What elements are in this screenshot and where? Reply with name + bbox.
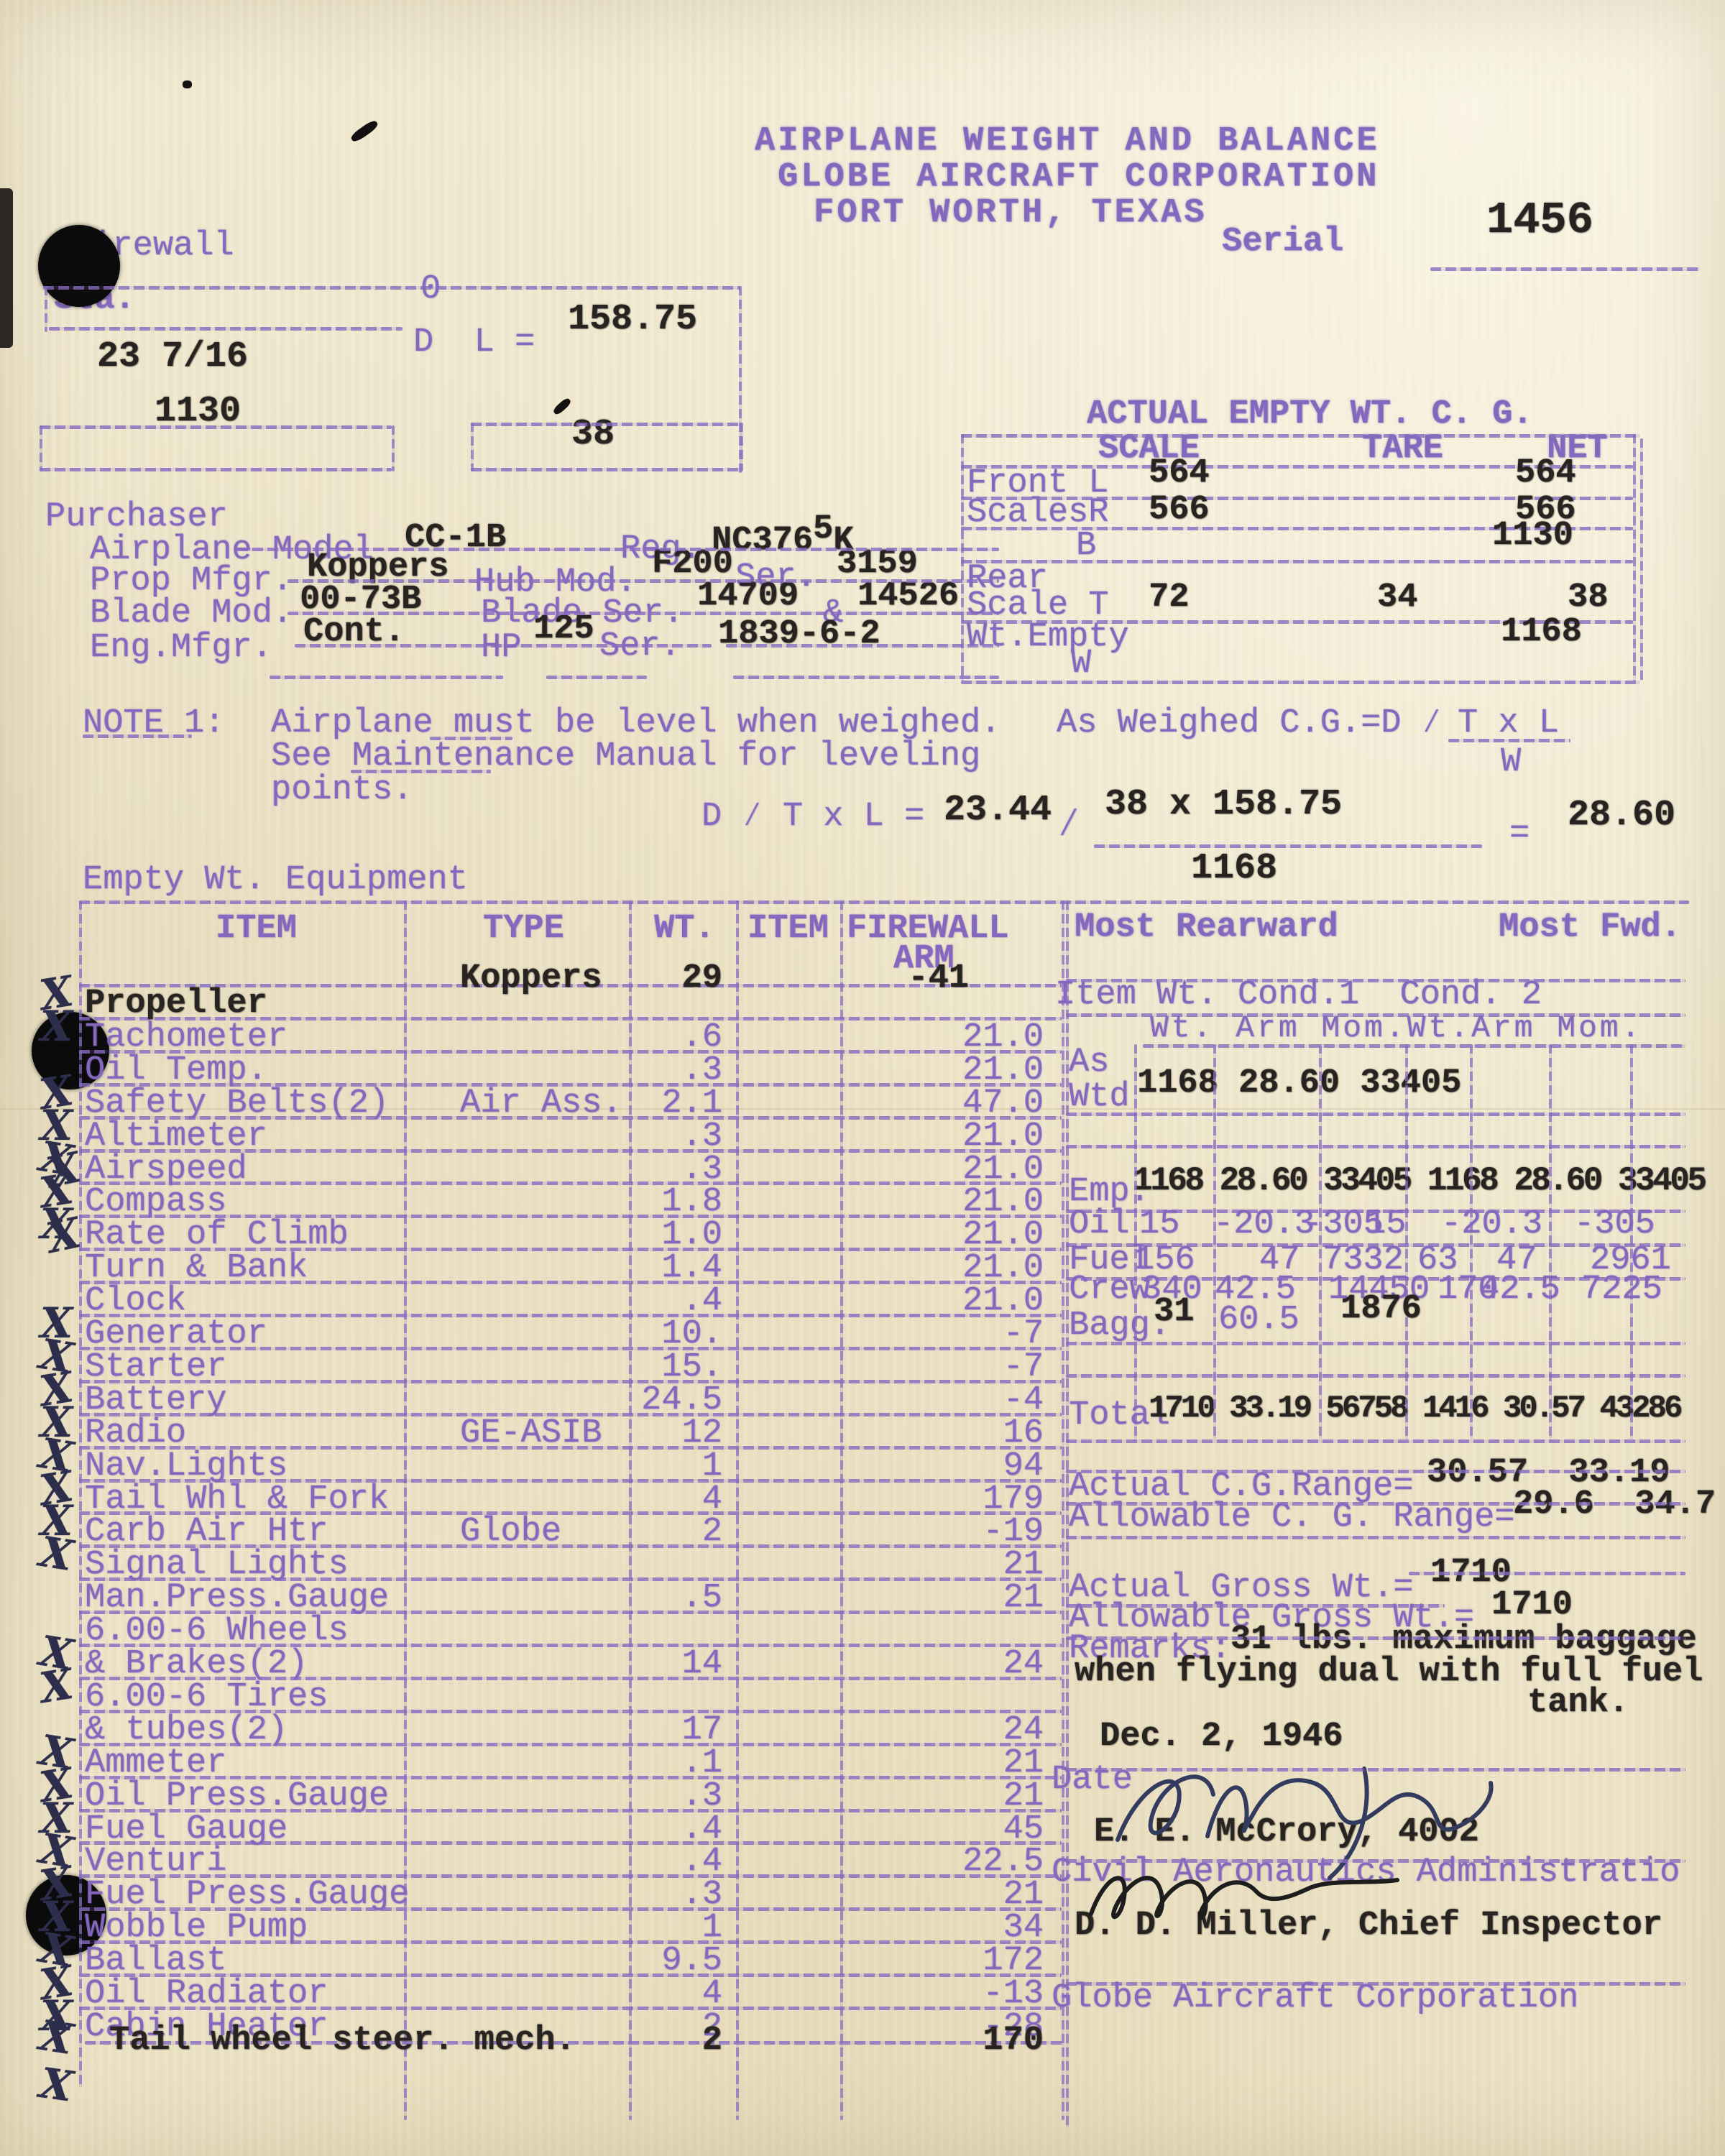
equipment-item-label: Airspeed [85, 1152, 247, 1187]
equipment-arm-value: 94 [921, 1449, 1044, 1484]
equipment-heading: Empty Wt. Equipment [83, 862, 468, 898]
equipment-arm-value: -19 [921, 1514, 1044, 1549]
note-line2: See Maintenance Manual for leveling [271, 739, 980, 774]
equipment-arm-value: 21.0 [921, 1217, 1044, 1253]
equipment-arm-value: 170 [921, 2024, 1044, 2058]
equipment-wt-value: .4 [636, 1284, 722, 1319]
equipment-header: ITEM [216, 911, 297, 946]
equipment-header: TYPE [483, 911, 564, 946]
cg-formula-lhs: D ∕ T x L = [701, 799, 924, 834]
equipment-item-label: Ballast [85, 1943, 226, 1978]
equipment-item-label: & tubes(2) [85, 1713, 287, 1748]
conditions-line [1066, 1502, 1685, 1506]
condition-value: 15 [1366, 1207, 1406, 1242]
purchaser-underline [295, 644, 712, 648]
equipment-item-label: Oil Temp. [85, 1053, 267, 1088]
equipment-arm-value: 24 [921, 1713, 1044, 1748]
equipment-header: ITEM [747, 911, 829, 946]
ink-speck [349, 119, 379, 144]
equipment-arm-value: 45 [921, 1812, 1044, 1847]
cg-formula-numerator: 38 x 158.75 [1105, 787, 1342, 823]
hole-punch-top [38, 225, 120, 307]
equipment-wt-value: 9.5 [636, 1943, 722, 1978]
condition-value: -20.3 [1441, 1207, 1542, 1242]
purchaser-row-label: Prop Mfgr. [90, 563, 293, 599]
equipment-wt-value: 1 [636, 1449, 722, 1484]
empty-wt-line [961, 434, 1640, 438]
dl-label: D L = [413, 325, 535, 360]
equipment-arm-value: 21 [921, 1746, 1044, 1781]
equipment-wt-value: .3 [636, 1053, 722, 1088]
handwritten-x-mark: X [43, 1212, 83, 1259]
conditions-line [1143, 1044, 1685, 1048]
baggage-mom-value: 1876 [1340, 1292, 1422, 1326]
handwritten-x-mark: X [37, 2014, 76, 2060]
equipment-item-label: Turn & Bank [85, 1250, 308, 1286]
empty-wt-net-value: 38 [1568, 581, 1608, 614]
as-weighed-frac-den: W [1501, 745, 1521, 780]
form-title-line1: AIRPLANE WEIGHT AND BALANCE [755, 124, 1380, 159]
conditions-line [1066, 1536, 1685, 1539]
sta-box-left [45, 286, 47, 332]
condition-row-label: Crew [1069, 1272, 1150, 1307]
equipment-type-value: Air Ass. [460, 1086, 622, 1121]
empty-wt-scale-value: 566 [1149, 493, 1210, 527]
equipment-item-label: Nav.Lights [85, 1449, 287, 1484]
handwritten-x-mark: X [37, 2062, 75, 2108]
purchaser-value: 14526 [857, 579, 959, 613]
equipment-table-top-line [79, 900, 1689, 904]
equipment-column-line [840, 900, 843, 2120]
equipment-arm-value: -7 [921, 1350, 1044, 1385]
equipment-item-label: 6.00-6 Wheels [85, 1613, 349, 1649]
condition-value: 15 [1139, 1207, 1179, 1242]
equipment-wt-value: .3 [636, 1779, 722, 1814]
equipment-wt-value: .3 [636, 1119, 722, 1154]
dl-value: 158.75 [568, 302, 697, 338]
equipment-column-line [629, 900, 632, 2120]
equipment-arm-value: 21.0 [921, 1284, 1044, 1319]
equipment-wt-value: 4 [636, 1482, 722, 1517]
equipment-header: WT. [654, 911, 715, 946]
equipment-wt-value: 1 [636, 1910, 722, 1945]
form-title-line2: GLOBE AIRCRAFT CORPORATION [778, 160, 1379, 195]
equipment-wt-value: 24.5 [636, 1383, 722, 1418]
conditions-line [1066, 1439, 1685, 1443]
sta-box-top [43, 286, 740, 290]
empty-wt-row-label: W [1071, 646, 1091, 681]
empty-wt-tare-value: 34 [1377, 581, 1417, 614]
cond-subheader: Item Wt. Cond.1 Cond. 2 [1055, 977, 1542, 1013]
equipment-column-line [736, 900, 739, 2120]
note-line1: Airplane must be level when weighed. [271, 706, 1000, 741]
allowable-gross-wt-value: 1710 [1491, 1588, 1573, 1622]
equipment-wt-value: 15. [636, 1350, 722, 1385]
datum-value: 23 7/16 [97, 339, 248, 375]
empty-wt-line [961, 681, 1640, 684]
sta-underline [49, 327, 402, 331]
equipment-arm-value: 21.0 [921, 1119, 1044, 1154]
purchaser-value: 14709 [697, 579, 799, 613]
equipment-item-label: Oil Press.Gauge [85, 1779, 389, 1814]
purchaser-value: 3159 [837, 547, 918, 581]
empty-wt-table-title: ACTUAL EMPTY WT. C. G. [1087, 397, 1533, 432]
conditions-line [1066, 1374, 1685, 1378]
equipment-border-left [79, 900, 82, 2088]
conditions-border-left [1066, 900, 1069, 2127]
equipment-wt-value: .1 [636, 1746, 722, 1781]
conditions-line [1066, 1145, 1685, 1148]
baggage-arm-value: 60.5 [1218, 1302, 1299, 1337]
equipment-arm-value: -13 [921, 1976, 1044, 2012]
equipment-arm-value: 21 [921, 1779, 1044, 1814]
equipment-wt-value: 1.8 [636, 1184, 722, 1220]
purchaser-heading: Purchaser [45, 499, 228, 535]
purchaser-underline [726, 644, 999, 648]
equipment-arm-value: 24 [921, 1646, 1044, 1682]
empty-wt-net-value: 564 [1515, 456, 1576, 490]
cond-header-most-rearward: Most Rearward [1075, 910, 1338, 945]
equipment-item-label: Wobble Pump [85, 1910, 308, 1945]
purchaser-row-label: Eng.Mfgr. [90, 630, 272, 665]
equipment-arm-value: 21 [921, 1547, 1044, 1583]
equipment-wt-value: .5 [636, 1580, 722, 1616]
equipment-item-label: Tail Whl & Fork [85, 1482, 389, 1517]
empty-wt-scale-value: 72 [1149, 581, 1189, 614]
note-underline [430, 737, 512, 740]
equipment-arm-value: 21.0 [921, 1020, 1044, 1055]
front-wt-box-bottom [40, 468, 392, 471]
equipment-item-label: Signal Lights [85, 1547, 349, 1583]
cg-formula-result: 28.60 [1568, 798, 1675, 834]
equipment-item-label: Radio [85, 1416, 186, 1451]
equipment-item-label: Carb Air Htr [85, 1514, 328, 1549]
equipment-wt-value: 2.1 [636, 1086, 722, 1121]
equipment-arm-value: -41 [847, 962, 969, 995]
equipment-item-label: Battery [85, 1383, 226, 1418]
conditions-line [1066, 1768, 1685, 1772]
as-weighed-frac-num: T x L [1458, 706, 1559, 741]
registration-part: 5 [813, 510, 833, 548]
handwritten-x-mark: X [40, 1005, 73, 1047]
equipment-wt-value: 1.4 [636, 1250, 722, 1286]
purchaser-underline [546, 676, 647, 679]
equipment-arm-value: 172 [921, 1943, 1044, 1978]
equipment-wt-value: .3 [636, 1877, 722, 1912]
purchaser-underline [237, 548, 999, 551]
equipment-wt-value: 1.0 [636, 1217, 722, 1253]
cg-formula-slash: ∕ [1057, 803, 1081, 846]
tail-wt-box-top [471, 423, 740, 426]
tail-wt-box-bottom [471, 468, 742, 471]
equipment-item-label: Man.Press.Gauge [85, 1580, 389, 1616]
handwritten-x-mark: X [37, 1663, 76, 1709]
equipment-arm-value: 21.0 [921, 1250, 1044, 1286]
condition-value: 42.5 [1479, 1272, 1560, 1307]
serial-value: 1456 [1486, 198, 1593, 243]
tail-wt-box-right [740, 423, 743, 471]
equipment-item-label: Fuel Press.Gauge [85, 1877, 409, 1912]
as-weighed-formula: As Weighed C.G.=D ∕ [1057, 706, 1442, 741]
empty-wt-scale-value: 564 [1149, 456, 1210, 490]
empty-wt-net-value: 1130 [1492, 519, 1573, 553]
equipment-item-label: Fuel Gauge [85, 1812, 287, 1847]
equipment-type-value: Koppers [460, 962, 602, 995]
front-wt-box-right [392, 425, 395, 471]
equipment-item-label: Altimeter [85, 1119, 267, 1154]
conditions-column-line [1549, 1044, 1552, 1439]
condition-value: -305 [1574, 1207, 1655, 1242]
condition-value: -20.3 [1213, 1207, 1315, 1242]
empty-wt-row-label: ScalesR [967, 495, 1108, 530]
note-underline [83, 734, 192, 738]
condition-row-label: Oil [1069, 1207, 1130, 1242]
conditions-line [1066, 1013, 1685, 1017]
purchaser-row-label: Blade Mod. [90, 596, 293, 631]
conditions-line [1409, 1572, 1685, 1575]
equipment-arm-value: 34 [921, 1910, 1044, 1945]
purchaser-underline [287, 612, 999, 615]
conditions-line [1066, 1636, 1685, 1640]
weight-and-balance-form-scan: AIRPLANE WEIGHT AND BALANCE GLOBE AIRCRA… [0, 0, 1725, 2156]
equipment-item-label: & Brakes(2) [85, 1646, 308, 1682]
equipment-item-label: Oil Radiator [85, 1976, 328, 2012]
equipment-wt-value: .4 [636, 1812, 722, 1847]
equipment-wt-value: 2 [636, 2024, 722, 2058]
equipment-item-label: Starter [85, 1350, 226, 1385]
cg-formula-d-value: 23.44 [944, 793, 1052, 829]
cg-formula-denominator: 1168 [1191, 851, 1277, 887]
equipment-arm-value: 21.0 [921, 1053, 1044, 1088]
purchaser-value: F200 [652, 547, 733, 581]
equipment-item-label: Rate of Climb [85, 1217, 349, 1253]
equipment-item-label: Clock [85, 1284, 186, 1319]
equipment-arm-value: 47.0 [921, 1086, 1044, 1121]
equipment-wt-value: 4 [636, 1976, 722, 2012]
equipment-arm-value: 179 [921, 1482, 1044, 1517]
equipment-arm-value: 21 [921, 1877, 1044, 1912]
as-wtd-label1: As [1069, 1045, 1109, 1080]
equipment-item-label: Tail wheel steer. mech. [109, 2024, 576, 2058]
company-name: Globe Aircraft Corporation [1052, 1981, 1578, 2016]
equipment-wt-value: 10. [636, 1317, 722, 1352]
equipment-arm-value: 21.0 [921, 1152, 1044, 1187]
ink-speck [552, 397, 572, 416]
equipment-item-label: Tachometer [85, 1020, 287, 1055]
emp-values: 1168 28.60 33405 1168 28.60 33405 [1133, 1164, 1704, 1197]
conditions-line [1066, 979, 1685, 982]
equipment-wt-value: 2 [636, 1514, 722, 1549]
conditions-line [1066, 1982, 1685, 1986]
equipment-wt-value: 12 [636, 1416, 722, 1451]
equipment-item-label: Ammeter [85, 1746, 226, 1781]
equipment-wt-value: .4 [636, 1844, 722, 1879]
equipment-item-label: 6.00-6 Tires [85, 1680, 328, 1715]
condition-value: 7225 [1581, 1272, 1662, 1307]
equipment-type-value: Globe [460, 1514, 561, 1549]
front-wt-box-left [40, 425, 42, 471]
purchaser-underline [733, 676, 999, 679]
equipment-item-label: Safety Belts(2) [85, 1086, 389, 1121]
as-wtd-values: 1168 28.60 33405 [1137, 1067, 1461, 1100]
conditions-line [1066, 1470, 1685, 1473]
empty-wt-row-label: B [1076, 528, 1096, 563]
total-values: 1710 33.19 56758 1416 30.57 43286 [1149, 1393, 1680, 1424]
equipment-arm-value: 16 [921, 1416, 1044, 1451]
empty-wt-border-right-outer [1640, 438, 1643, 681]
serial-label: Serial [1222, 224, 1343, 259]
purchaser-mid-label: HP [481, 630, 521, 665]
empty-wt-line [961, 560, 1633, 563]
purchaser-underline [270, 676, 503, 679]
equipment-wt-value: 29 [636, 962, 722, 995]
empty-wt-net-value: 1168 [1501, 615, 1582, 649]
equipment-border-right [1062, 900, 1064, 2120]
equipment-item-label: Generator [85, 1317, 267, 1352]
baggage-wt-value: 31 [1154, 1295, 1194, 1329]
ink-speck [183, 80, 192, 88]
purchaser-underline [287, 579, 999, 583]
miller-signature [1077, 1846, 1414, 1932]
handwritten-x-mark: X [37, 1531, 76, 1577]
equipment-type-value: GE-ASIB [460, 1416, 602, 1451]
equipment-wt-value: 14 [636, 1646, 722, 1682]
equipment-item-label: Venturi [85, 1844, 226, 1879]
equipment-arm-value: 21 [921, 1580, 1044, 1616]
as-weighed-frac-bar [1448, 739, 1570, 742]
equipment-wt-value: .6 [636, 1020, 722, 1055]
conditions-line [1066, 1859, 1685, 1863]
equipment-column-line [404, 900, 407, 2120]
front-wt-box-top [40, 425, 392, 429]
scan-edge-artifact [0, 188, 13, 348]
remarks-line3: tank. [1527, 1686, 1629, 1720]
serial-underline [1430, 267, 1700, 271]
cond-header-most-fwd: Most Fwd. [1499, 910, 1681, 945]
empty-wt-row-label: Wt.Empty [967, 619, 1129, 655]
equipment-wt-value: .3 [636, 1152, 722, 1187]
purchaser-value: 125 [533, 612, 594, 646]
equipment-arm-value: 21.0 [921, 1184, 1044, 1220]
conditions-line [1066, 1112, 1685, 1116]
equipment-arm-value: -4 [921, 1383, 1044, 1418]
equipment-arm-value: -7 [921, 1317, 1044, 1352]
cg-formula-fraction-bar [1094, 844, 1482, 848]
tail-wt-box-left [471, 423, 474, 471]
note-line3: points. [271, 773, 413, 808]
empty-wt-border-right [1633, 434, 1636, 681]
conditions-line [1066, 1604, 1445, 1608]
equipment-item-label: Propeller [85, 987, 267, 1021]
equipment-item-label: Compass [85, 1184, 226, 1220]
form-title-line3: FORT WORTH, TEXAS [814, 195, 1207, 231]
cg-formula-equals: = [1509, 816, 1529, 852]
note-underline [351, 770, 491, 773]
equipment-wt-value: 17 [636, 1713, 722, 1748]
equipment-arm-value: 22.5 [921, 1844, 1044, 1879]
front-weight-value: 1130 [155, 394, 241, 430]
